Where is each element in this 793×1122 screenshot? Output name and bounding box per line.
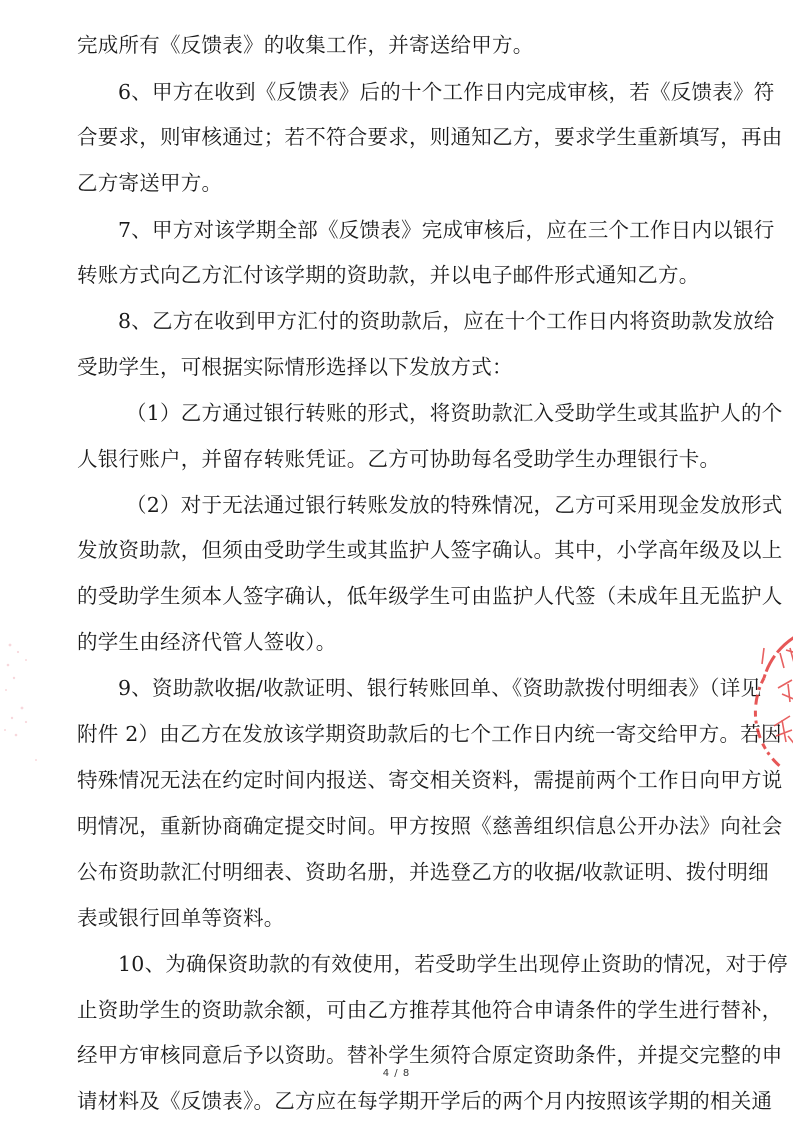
item-1-line-2: 人银行账户，并留存转账凭证。乙方可协助每名受助学生办理银行卡。 bbox=[77, 447, 713, 471]
seal-bleed-through-mark bbox=[0, 630, 60, 770]
paragraph-10-line-1: 10、为确保资助款的有效使用，若受助学生出现停止资助的情况，对于停 bbox=[118, 952, 713, 976]
paragraph-7-line-2: 转账方式向乙方汇付该学期的资助款，并以电子邮件形式通知乙方。 bbox=[77, 263, 713, 287]
paragraph-8-line-2: 受助学生，可根据实际情形选择以下发放方式： bbox=[77, 355, 713, 379]
paragraph-10-line-4: 请材料及《反馈表》。乙方应在每学期开学后的两个月内按照该学期的相关通 bbox=[77, 1089, 713, 1113]
page-number: 4 / 8 bbox=[0, 1068, 793, 1079]
paragraph-6-line-3: 乙方寄送甲方。 bbox=[77, 171, 713, 195]
document-page: 完成所有《反馈表》的收集工作，并寄送给甲方。 6、甲方在收到《反馈表》后的十个工… bbox=[0, 0, 793, 1122]
paragraph-9-line-6: 表或银行回单等资料。 bbox=[77, 906, 713, 930]
paragraph-9-line-2: 附件 2）由乙方在发放该学期资助款后的七个工作日内统一寄交给甲方。若因 bbox=[77, 722, 713, 746]
paragraph-7-line-1: 7、甲方对该学期全部《反馈表》完成审核后，应在三个工作日内以银行 bbox=[118, 218, 713, 242]
official-seal-stamp bbox=[752, 618, 793, 778]
paragraph-9-line-5: 公布资助款汇付明细表、资助名册，并选登乙方的收据/收款证明、拨付明细 bbox=[77, 860, 713, 884]
item-2-line-3: 的受助学生须本人签字确认，低年级学生可由监护人代签（未成年且无监护人 bbox=[77, 584, 713, 608]
paragraph-9-line-4: 明情况，重新协商确定提交时间。甲方按照《慈善组织信息公开办法》向社会 bbox=[77, 814, 713, 838]
paragraph-10-line-2: 止资助学生的资助款余额，可由乙方推荐其他符合申请条件的学生进行替补， bbox=[77, 998, 713, 1022]
paragraph-6-line-1: 6、甲方在收到《反馈表》后的十个工作日内完成审核，若《反馈表》符 bbox=[118, 80, 713, 104]
item-2-line-1: （2）对于无法通过银行转账发放的特殊情况，乙方可采用现金发放形式 bbox=[126, 493, 713, 517]
paragraph-9-line-1: 9、资助款收据/收款证明、银行转账回单、《资助款拨付明细表》（详见 bbox=[118, 676, 713, 700]
paragraph-8-line-1: 8、乙方在收到甲方汇付的资助款后，应在十个工作日内将资助款发放给 bbox=[118, 309, 713, 333]
paragraph-10-line-3: 经甲方审核同意后予以资助。替补学生须符合原定资助条件，并提交完整的申 bbox=[77, 1043, 713, 1067]
item-2-line-4: 的学生由经济代管人签收）。 bbox=[77, 630, 713, 654]
paragraph-9-line-3: 特殊情况无法在约定时间内报送、寄交相关资料，需提前两个工作日向甲方说 bbox=[77, 768, 713, 792]
item-1-line-1: （1）乙方通过银行转账的形式，将资助款汇入受助学生或其监护人的个 bbox=[126, 401, 713, 425]
item-2-line-2: 发放资助款，但须由受助学生或其监护人签字确认。其中，小学高年级及以上 bbox=[77, 538, 713, 562]
paragraph-5-tail-line: 完成所有《反馈表》的收集工作，并寄送给甲方。 bbox=[77, 33, 713, 57]
paragraph-6-line-2: 合要求，则审核通过；若不符合要求，则通知乙方，要求学生重新填写，再由 bbox=[77, 125, 713, 149]
